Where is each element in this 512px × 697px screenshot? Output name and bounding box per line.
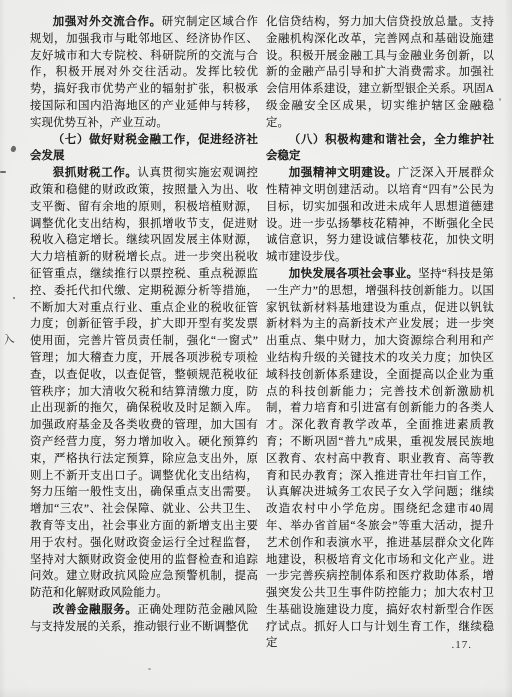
paragraph-credit-continuation: 化信贷结构，努力加大信贷投放总量。支持金融机构深化改革，完善网点和基础设施建设。… <box>266 14 494 132</box>
text-columns: 加强对外交流合作。研究制定区域合作规划，加强我市与毗邻地区、经济协作区、友好城市… <box>30 14 494 652</box>
section-heading-seven: （七）做好财税金融工作，促进经济社会发展 <box>30 132 258 166</box>
section-heading-eight: （八）积极构建和谐社会，全力维护社会稳定 <box>266 132 494 166</box>
scan-speck <box>10 145 17 153</box>
scan-speck <box>148 668 151 670</box>
paragraph-lead: 加强对外交流合作。 <box>53 16 162 28</box>
scanned-page: 加强对外交流合作。研究制定区域合作规划，加强我市与毗邻地区、经济协作区、友好城市… <box>0 0 512 697</box>
paragraph-lead: 加快发展各项社会事业。 <box>289 268 418 280</box>
page-number: .17. <box>452 639 473 651</box>
paragraph-lead: 改善金融服务。 <box>53 604 138 616</box>
paragraph-lead: 加强精神文明建设。 <box>289 167 398 179</box>
left-column: 加强对外交流合作。研究制定区域合作规划，加强我市与毗邻地区、经济协作区、友好城市… <box>30 14 258 652</box>
margin-pen-mark: 入 <box>1 330 15 348</box>
paragraph-financial-services: 改善金融服务。正确处理防范金融风险与支持发展的关系，推动银行业不断调整优 <box>30 602 258 636</box>
right-column: 化信贷结构，努力加大信贷投放总量。支持金融机构深化改革，完善网点和基础设施建设。… <box>266 14 494 652</box>
paragraph-foreign-exchange: 加强对外交流合作。研究制定区域合作规划，加强我市与毗邻地区、经济协作区、友好城市… <box>30 14 258 132</box>
paragraph-text: 广泛深入开展群众性精神文明创建活动。以培育“四有”公民为目标，切实加强和改进未成… <box>266 167 494 263</box>
paragraph-text: 认真贯彻实施宏观调控政策和稳健的财政政策，按照量入为出、收支平衡、留有余地的原则… <box>30 167 258 599</box>
paragraph-fiscal-tax: 狠抓财税工作。认真贯彻实施宏观调控政策和稳健的财政政策，按照量入为出、收支平衡、… <box>30 165 258 602</box>
paragraph-text: 研究制定区域合作规划，加强我市与毗邻地区、经济协作区、友好城市和大专院校、科研院… <box>30 16 258 129</box>
paragraph-text: 坚持“科技是第一生产力”的思想，增强科技创新能力。以国家钒钛新材料基地建设为重点… <box>266 268 494 650</box>
scan-speck <box>0 171 6 173</box>
scan-speck <box>13 297 15 299</box>
paragraph-social-undertakings: 加快发展各项社会事业。坚持“科技是第一生产力”的思想，增强科技创新能力。以国家钒… <box>266 266 494 652</box>
paragraph-spiritual-civilization: 加强精神文明建设。广泛深入开展群众性精神文明创建活动。以培育“四有”公民为目标，… <box>266 165 494 266</box>
paragraph-lead: 狠抓财税工作。 <box>53 167 138 179</box>
scan-speck <box>499 98 501 101</box>
